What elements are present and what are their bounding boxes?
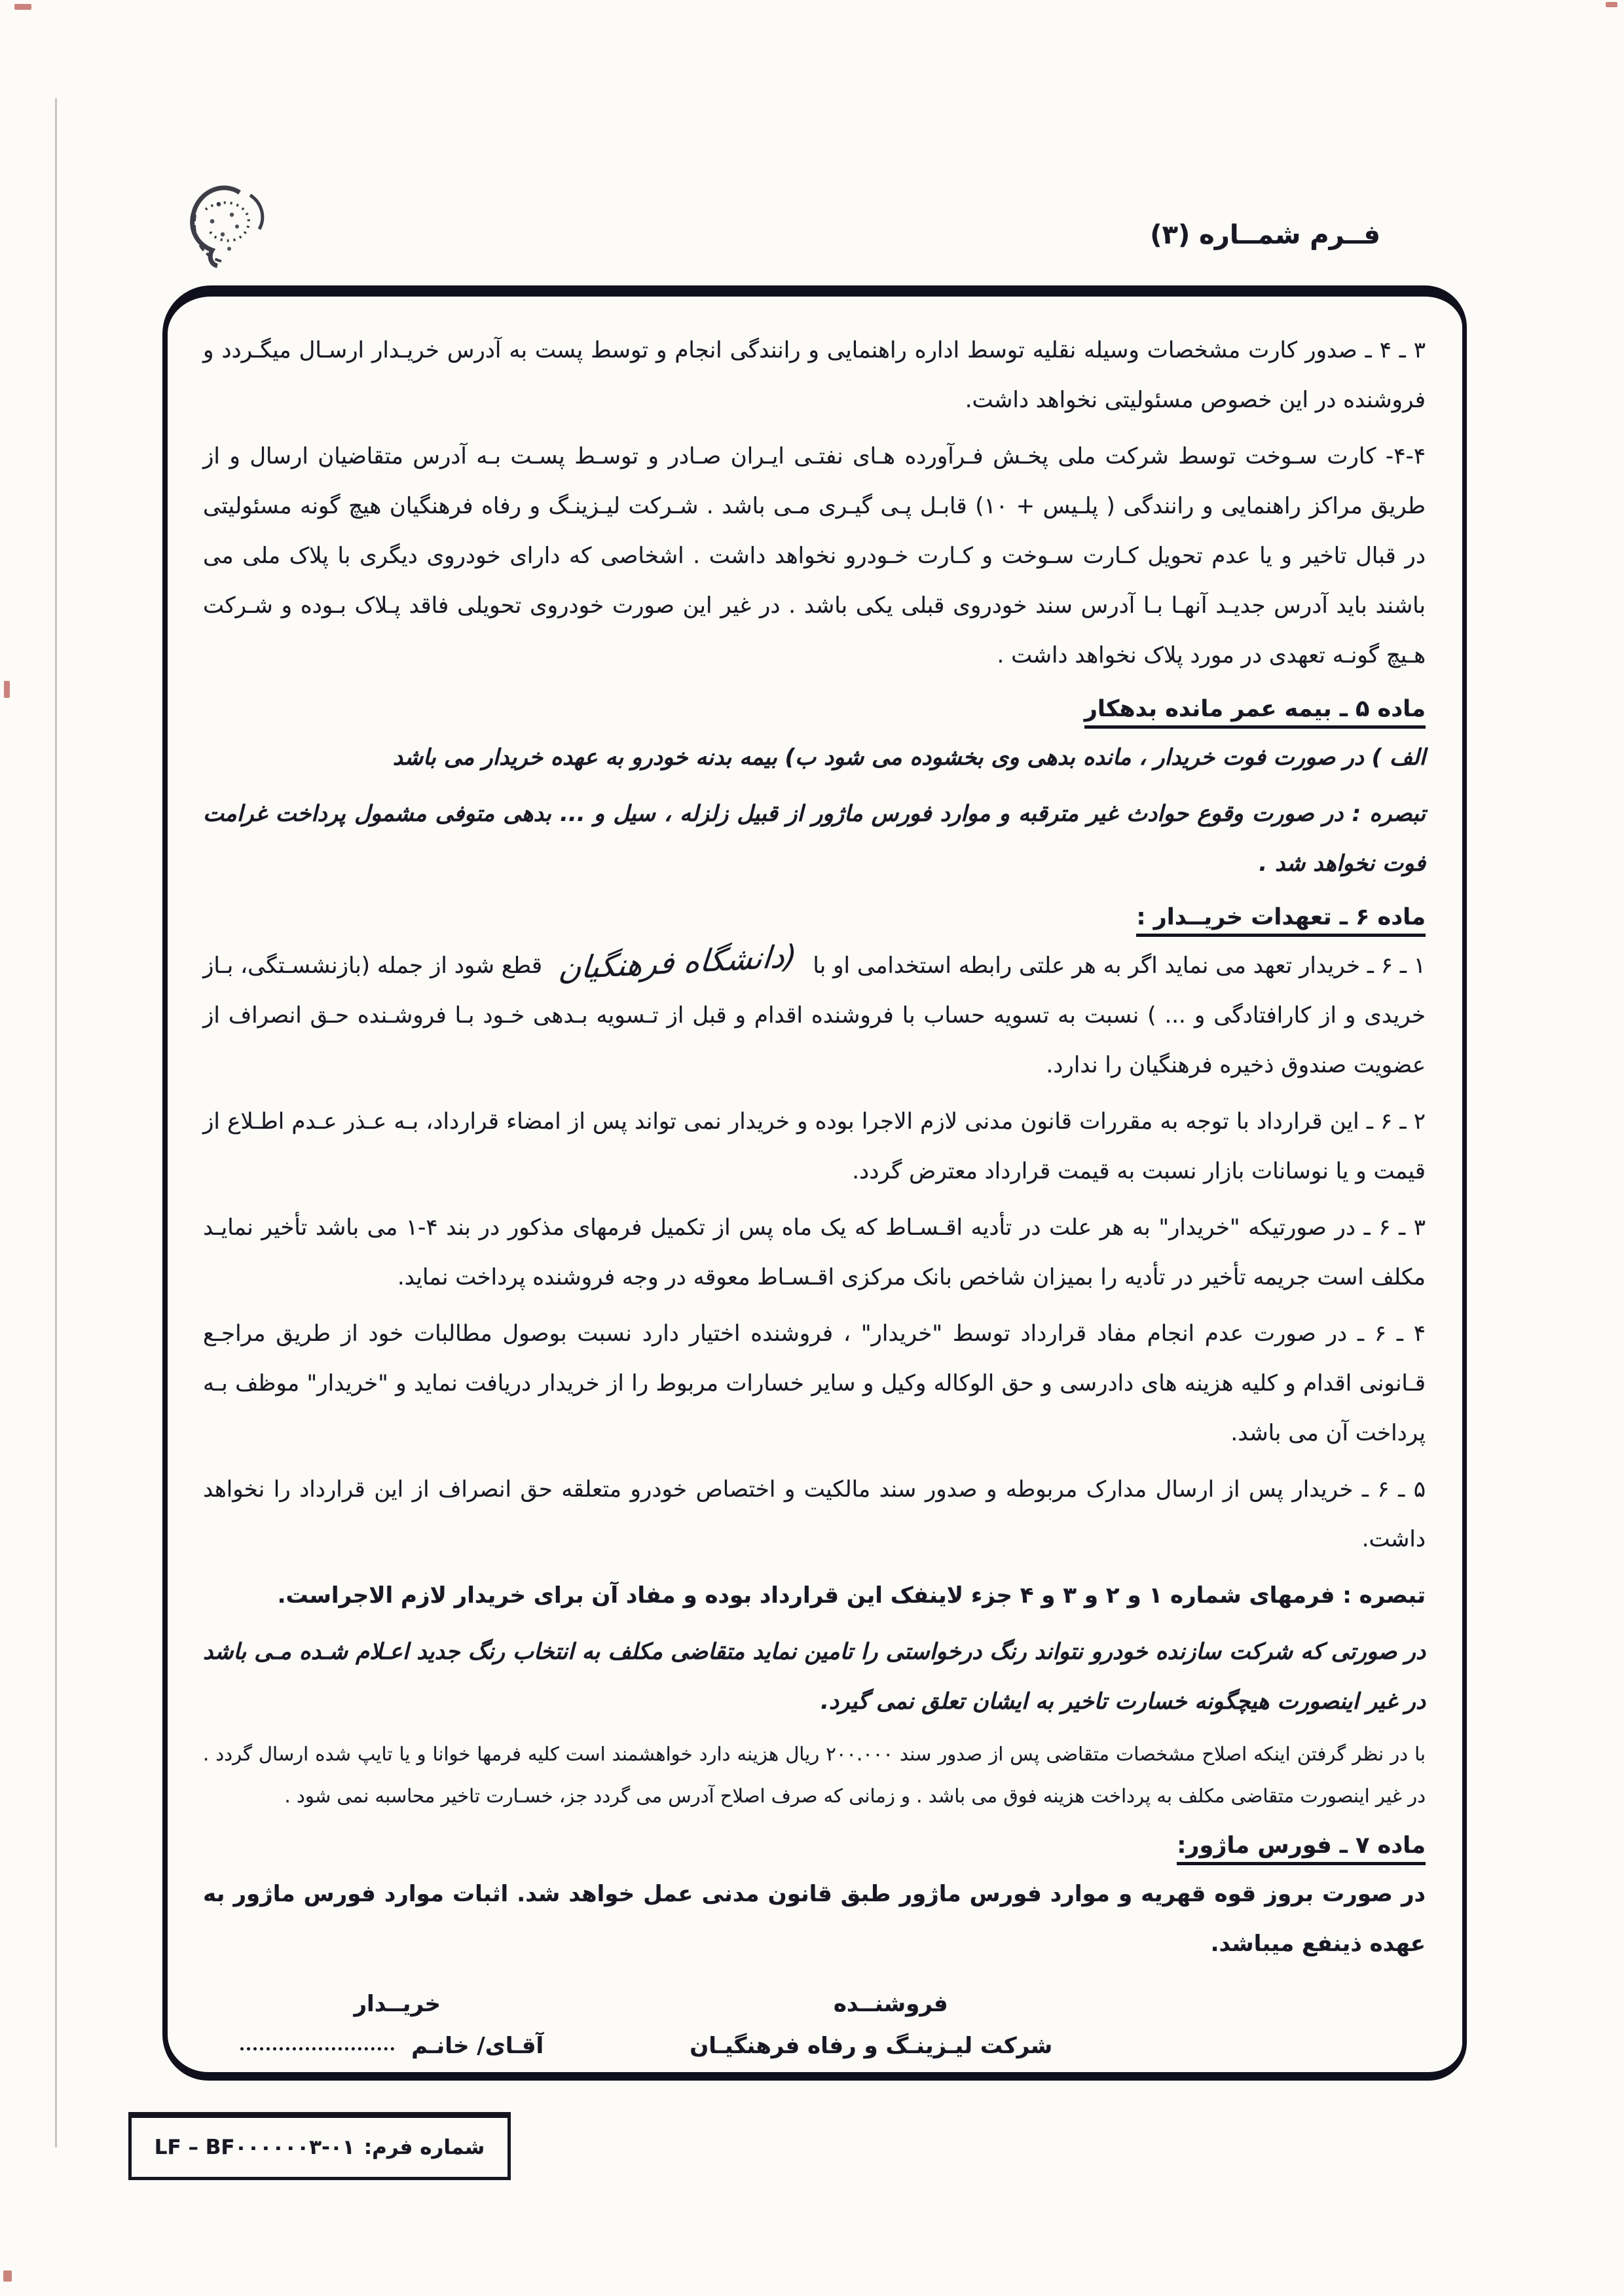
signature-titles-row: فروشنــده خریــدار [203, 1991, 1426, 2017]
correction-fee-note: با در نظر گرفتن اینکه اصلاح مشخصات متقاض… [203, 1733, 1426, 1817]
buyer-signature-cell: خریــدار [203, 1991, 815, 2017]
seller-company-name: شرکت لیـزینـگ و رفاه فرهنگیـان [690, 2033, 1052, 2059]
seller-name-cell: شرکت لیـزینـگ و رفاه فرهنگیـان [815, 2033, 1426, 2059]
color-availability-note: در صورتی که شرکت سازنده خودرو نتواند رنگ… [203, 1627, 1426, 1726]
clause-1-6: ۱ ـ ۶ ـ خریدار تعهد می نماید اگر به هر ع… [203, 941, 1426, 1090]
scan-artifact [3, 2270, 12, 2282]
organization-logo [172, 175, 283, 293]
clause-2-6: ۲ ـ ۶ ـ این قرارداد با توجه به مقررات قا… [203, 1097, 1426, 1196]
article-5-clause-ab: الف ) در صورت فوت خریدار ، مانده بدهی وی… [203, 733, 1426, 782]
buyer-signature-line [240, 2041, 394, 2050]
scan-artifact [1606, 2, 1617, 7]
clause-3-4: ۳ ـ ۴ ـ صدور کارت مشخصات وسیله نقلیه توس… [203, 325, 1426, 425]
article-5-heading: ماده ۵ ـ بیمه عمر مانده بدهکار [203, 696, 1426, 722]
handwritten-insertion: (دانشگاه فرهنگیان [559, 957, 796, 969]
clause-4-4: ۴-۴- کارت سـوخت توسط شرکت ملی پخـش فـرآو… [203, 431, 1426, 680]
article-7-heading-text: ماده ۷ ـ فورس ماژور: [1177, 1832, 1426, 1865]
article-7-heading: ماده ۷ ـ فورس ماژور: [203, 1832, 1426, 1859]
scan-artifact [14, 4, 31, 10]
article-6-note: تبصره : فرمهای شماره ۱ و ۲ و ۳ و ۴ جزء ل… [203, 1571, 1426, 1620]
contract-body-frame: ۳ ـ ۴ ـ صدور کارت مشخصات وسیله نقلیه توس… [162, 285, 1467, 2081]
clause-5-6: ۵ ـ ۶ ـ خریدار پس از ارسال مدارک مربوطه … [203, 1465, 1426, 1564]
form-number-header: فــرم شمــاره (۳) [1150, 220, 1380, 250]
clause-4-6: ۴ ـ ۶ ـ در صورت عدم انجام مفاد قرارداد ت… [203, 1309, 1426, 1458]
seller-signature-cell: فروشنــده [815, 1991, 1426, 2017]
seller-signature-title: فروشنــده [834, 1991, 948, 2017]
signature-names-row: شرکت لیـزینـگ و رفاه فرهنگیـان آقـای/ خا… [203, 2033, 1426, 2059]
buyer-name-label: آقـای/ خانـم [411, 2033, 544, 2059]
form-number-caption: شماره فرم: [364, 2136, 485, 2159]
scanned-contract-page: فــرم شمــاره (۳) ۳ ـ ۴ ـ صدور کارت مشخص… [0, 0, 1624, 2296]
article-5-heading-text: ماده ۵ ـ بیمه عمر مانده بدهکار [1084, 696, 1426, 729]
calligraphy-emblem-icon [172, 175, 283, 293]
article-6-heading-text: ماده ۶ ـ تعهدات خریــدار : [1136, 904, 1426, 937]
form-number-box: شماره فرم: LF – BF۰۰۰۰۰۰۳-۰۱ [128, 2112, 511, 2180]
page-number-label: صفحه ۲/۲ [203, 2079, 1426, 2081]
scanner-edge-shadow [55, 98, 57, 2147]
article-7-body: در صورت بروز قوه قهریه و موارد فورس ماژو… [203, 1869, 1426, 1969]
article-6-heading: ماده ۶ ـ تعهدات خریــدار : [203, 904, 1426, 930]
buyer-signature-title: خریــدار [354, 1991, 441, 2017]
clause-1-6-text-pre: ۱ ـ ۶ ـ خریدار تعهد می نماید اگر به هر ع… [813, 953, 1426, 979]
form-number-code: LF – BF۰۰۰۰۰۰۳-۰۱ [155, 2136, 355, 2159]
buyer-name-group: آقـای/ خانـم [240, 2033, 544, 2059]
article-5-note: تبصره : در صورت وقوع حوادث غیر مترقبه و … [203, 789, 1426, 888]
clause-3-6: ۳ ـ ۶ ـ در صورتیکه "خریدار" به هر علت در… [203, 1203, 1426, 1302]
scan-artifact [4, 681, 10, 698]
